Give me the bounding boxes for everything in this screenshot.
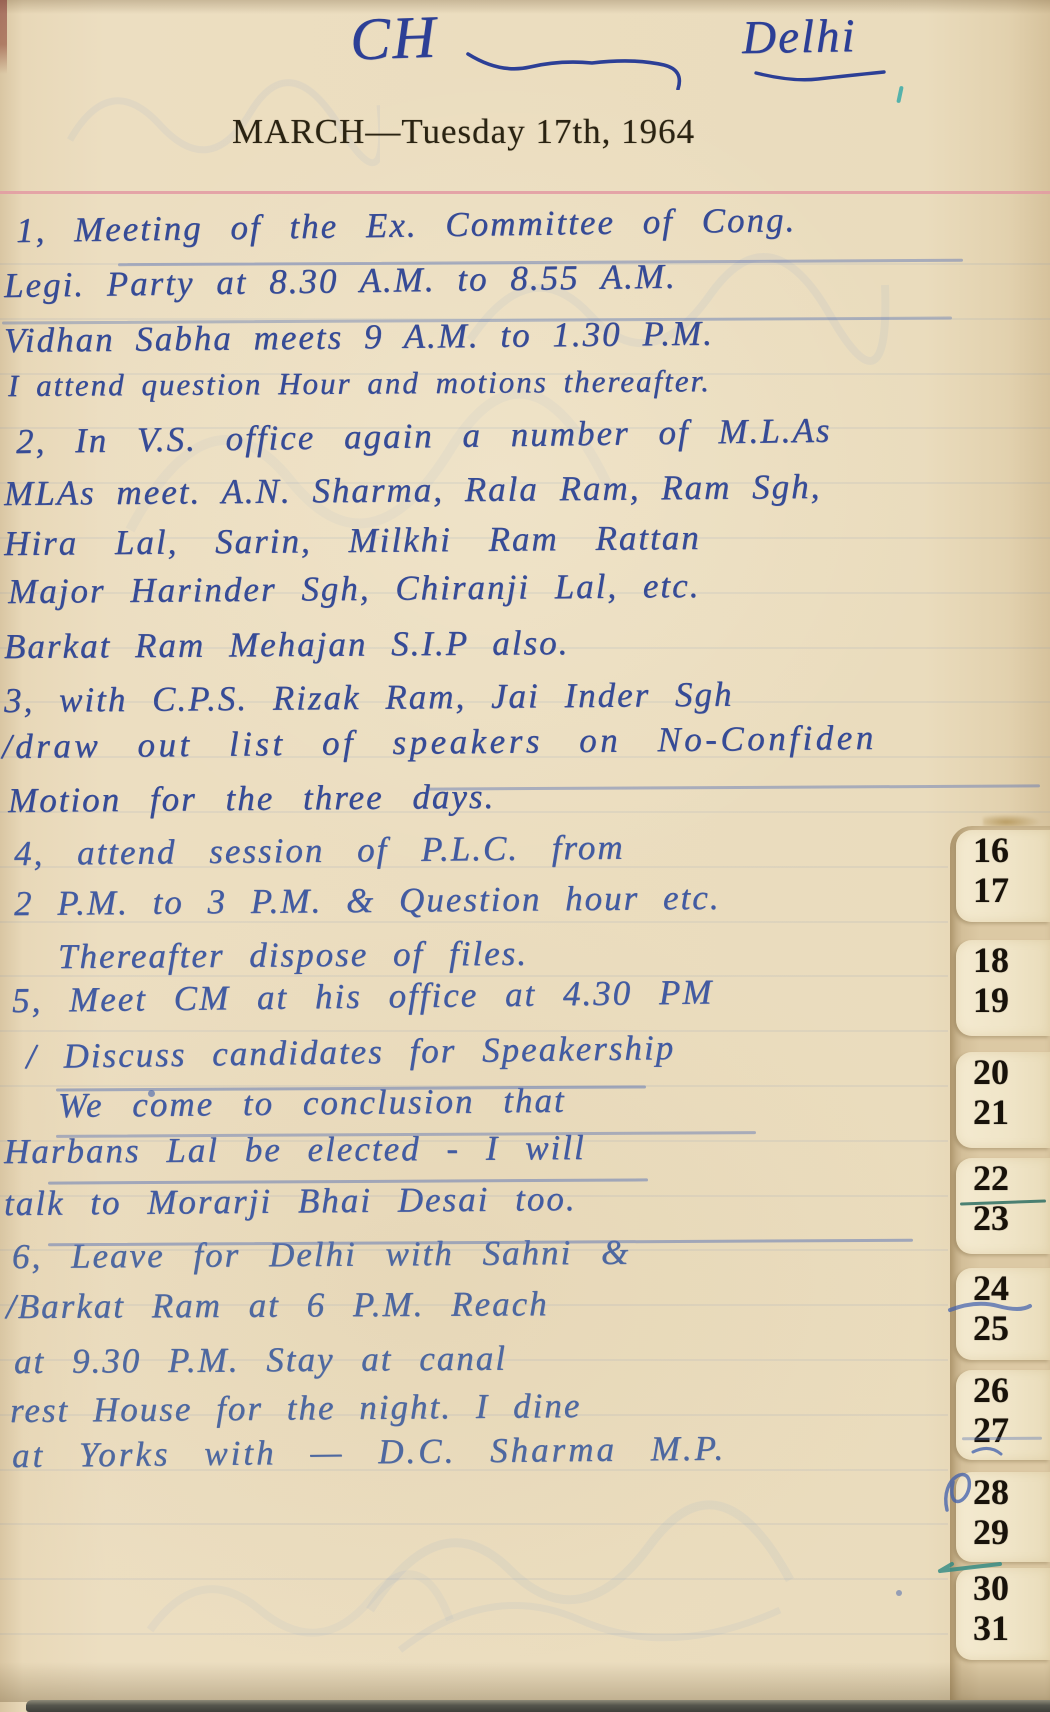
date-tab: 2223 [956,1158,1050,1254]
diary-line: /draw out list of speakers on No-Confide… [2,718,877,773]
date-tab: 3031 [956,1568,1050,1660]
page-bottom-shadow [0,1662,1050,1702]
diary-line: at Yorks with — D.C. Sharma M.P. [12,1429,727,1482]
diary-line: at 9.30 P.M. Stay at canal [14,1339,507,1388]
ruled-line [0,592,1050,594]
ruled-line [0,866,948,868]
diary-page: CH Delhi MARCH—Tuesday 17th, 1964 1, Mee… [0,0,1050,1712]
tab-day-number: 17 [956,870,1050,910]
tab-day-number: 19 [956,980,1050,1020]
tab-day-number: 18 [956,940,1050,980]
date-tab: 1617 [956,830,1050,922]
ruled-line [0,1140,948,1142]
header-divider-rule [0,191,1050,194]
ruled-line [0,1414,948,1416]
ruled-line [0,1469,948,1471]
pen-squiggle [946,1296,1034,1320]
binding-edge-mark [0,0,7,74]
date-tab: 1819 [956,940,1050,1036]
diary-line: / Discuss candidates for Speakership [26,1028,676,1083]
pen-underline [750,62,890,82]
page-top-edge-shadow [0,0,1050,14]
ruled-line [0,373,1050,375]
tab-day-number: 26 [956,1370,1050,1410]
tab-day-number: 22 [956,1158,1050,1198]
ruled-line [0,647,1050,649]
tab-day-number: 29 [956,1512,1050,1552]
ruled-line [0,811,1050,813]
pen-squiggle [933,1440,1007,1516]
tab-day-number: 21 [956,1092,1050,1132]
ruled-line [0,1195,948,1197]
pen-arrow [928,1556,1006,1578]
pen-underline [428,784,1040,790]
ruled-line [0,1633,948,1635]
diary-line: Hira Lal, Sarin, Milkhi Ram Rattan [4,518,701,570]
top-annotation-place-to: Delhi [742,9,857,65]
ink-dot [148,1090,155,1097]
ruled-line [0,1578,948,1580]
diary-line: Motion for the three days. [8,777,496,827]
ruled-line [0,482,1050,484]
ink-bleedthrough-mark [140,1540,460,1670]
ruled-line [0,975,948,977]
date-tab: 2021 [956,1052,1050,1148]
stray-ink-tick [896,86,903,103]
ruled-line [0,1523,948,1525]
ruled-line [0,1304,948,1306]
diary-line: I attend question Hour and motions there… [8,363,711,414]
tab-day-number: 16 [956,830,1050,870]
printed-date-header: MARCH—Tuesday 17th, 1964 [232,112,732,152]
ruled-line [0,427,1050,429]
ruled-line [0,756,1050,758]
diary-line: talk to Morarji Bhai Desai too. [4,1179,577,1230]
tab-day-number: 20 [956,1052,1050,1092]
diary-line: 5, Meet CM at his office at 4.30 PM [12,972,714,1027]
diary-line: MLAs meet. A.N. Sharma, Rala Ram, Ram Sg… [4,467,822,520]
diary-line: 4, attend session of P.L.C. from [14,828,625,880]
ruled-line [0,537,1050,539]
ink-dot [896,1590,902,1596]
ruled-line [0,1249,948,1251]
top-annotation-place-from: CH [349,2,439,74]
diary-line: /Barkat Ram at 6 P.M. Reach [6,1284,549,1333]
diary-line: rest House for the night. I dine [10,1386,582,1437]
ruled-line [0,921,948,923]
ruled-line [0,1030,948,1032]
ruled-line [0,1359,948,1361]
book-bottom-edge [26,1700,1050,1712]
flourish-arrow-icon [462,28,687,90]
tab-day-number: 31 [956,1608,1050,1648]
ruled-line [0,701,1050,703]
